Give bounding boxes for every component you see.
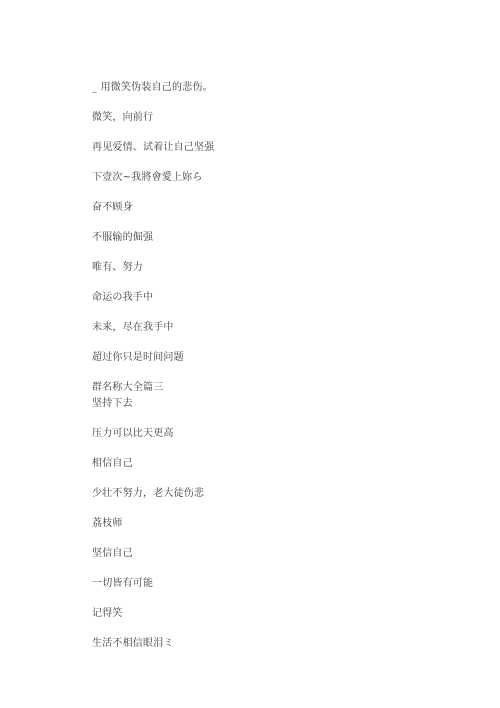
text-line: 生活不相信眼泪ミ <box>92 638 174 650</box>
text-line: 唯有、努力 <box>92 262 143 274</box>
text-line: 压力可以比天更高 <box>92 428 174 440</box>
text-line: 荔枝师 <box>92 518 123 530</box>
text-line: 少壮不努力，老大徒伤悲 <box>92 488 204 500</box>
text-line: 命运の我手中 <box>92 292 153 304</box>
document-page: _ 用微笑伪装自己的悲伤。 微笑，向前行 再见爱情、试着让自己坚强 下壹次~我將… <box>0 0 500 708</box>
text-line: 坚信自己 <box>92 548 133 560</box>
text-line: 相信自己 <box>92 458 133 470</box>
text-line: 未来，尽在我手中 <box>92 322 174 334</box>
text-line: 坚持下去 <box>92 398 133 410</box>
text-line: 微笑，向前行 <box>92 112 153 124</box>
text-line: 奋不顾身 <box>92 202 133 214</box>
text-line: _ 用微笑伪装自己的悲伤。 <box>92 82 213 94</box>
text-line: 记得笑 <box>92 608 123 620</box>
text-line: 超过你只是时间问题 <box>92 352 184 364</box>
text-line: 再见爱情、试着让自己坚强 <box>92 142 214 154</box>
section-heading: 群名称大全篇三 <box>92 382 163 394</box>
text-line: 不服输的倔强 <box>92 232 153 244</box>
text-line: 一切皆有可能 <box>92 578 153 590</box>
text-line: 下壹次~我將會愛上妳ら <box>92 172 203 184</box>
